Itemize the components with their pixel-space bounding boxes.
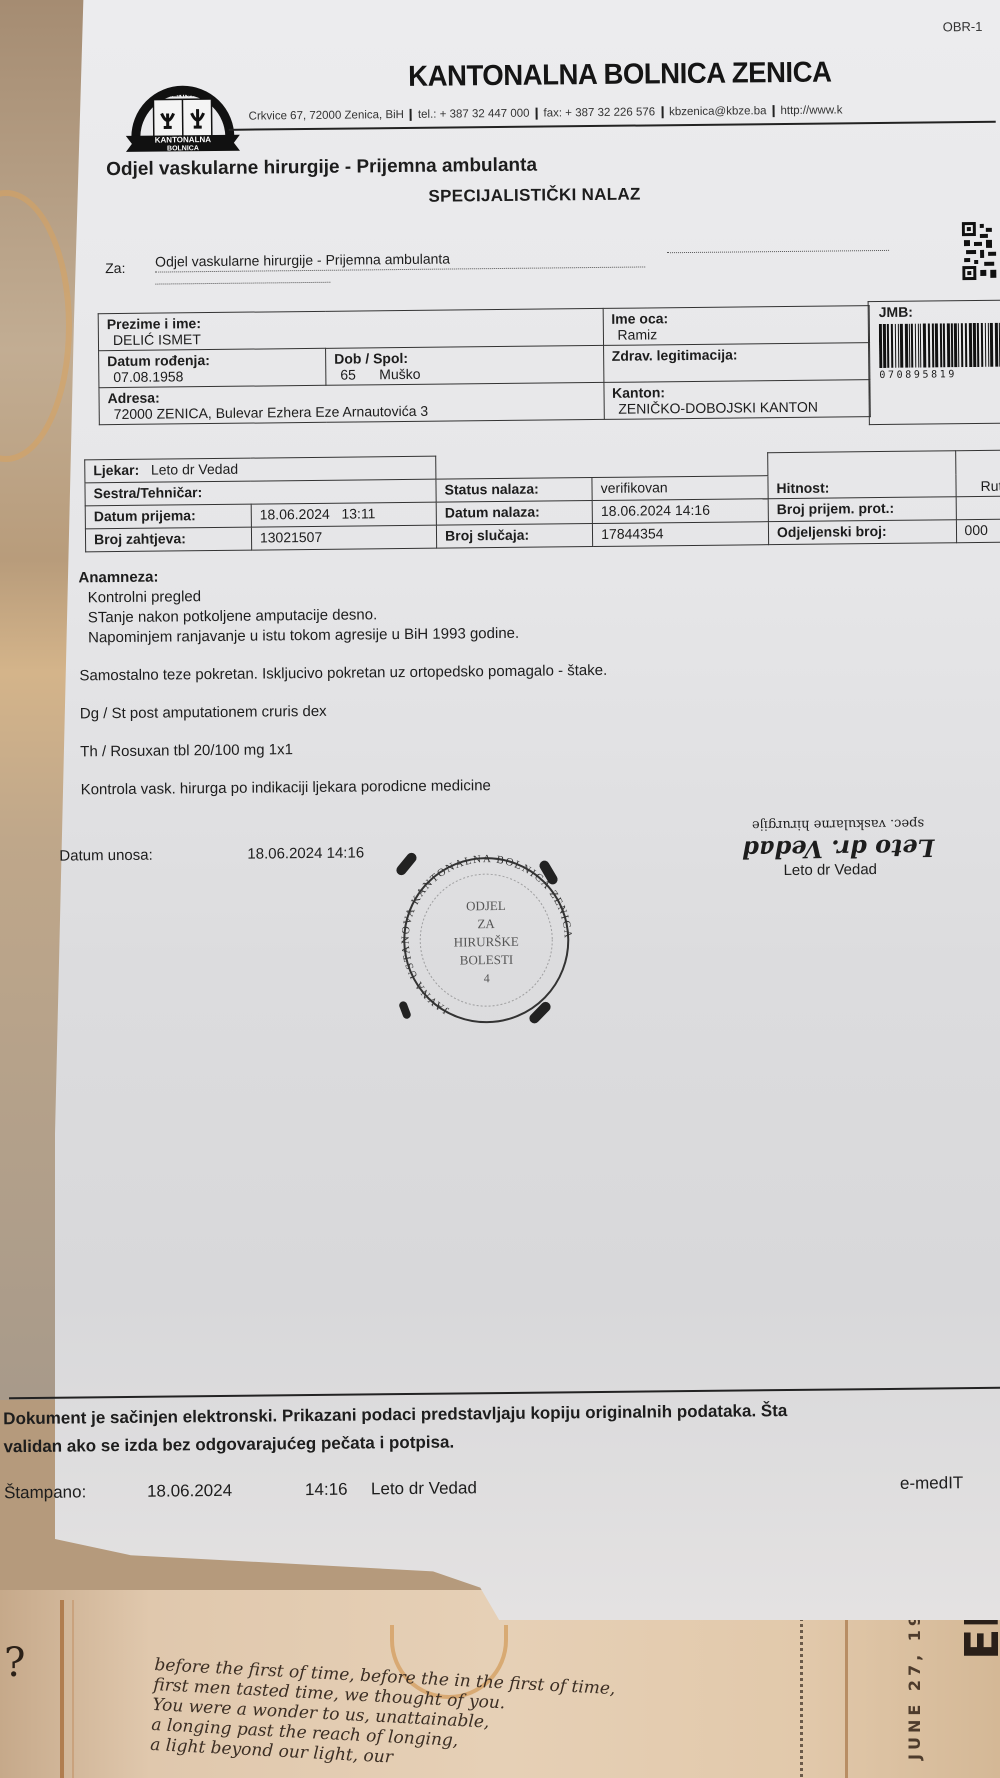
recipient-label: Za: (105, 260, 125, 276)
doctor-value: Leto dr Vedad (151, 461, 238, 478)
contact-fax: fax: + 387 32 226 576 (535, 106, 661, 119)
printed-by: Leto dr Vedad (371, 1478, 477, 1499)
contact-email: kbzenica@kbze.ba (661, 105, 772, 118)
system-name: e-medIT (900, 1473, 964, 1494)
recipient-dotted-line (667, 250, 889, 253)
document-title: SPECIJALISTIČKI NALAZ (428, 185, 640, 207)
svg-text:4: 4 (484, 971, 490, 985)
svg-text:ODJEL: ODJEL (466, 898, 506, 913)
printed-time: 14:16 (305, 1479, 371, 1500)
entry-date-label: Datum unosa: (59, 847, 153, 865)
age-value: 65 (340, 367, 356, 383)
department-stamp-icon: JAVNA USTANOVA KANTONALNA BOLNICA ZENICA… (393, 849, 580, 1031)
medical-report: OBR-1 ZENICA KANTONALNA BOLNICA KANTONAL… (0, 0, 1000, 1778)
barcode-icon (879, 323, 1000, 368)
insurance-cell: Zdrav. legitimacija: (603, 343, 870, 383)
canton-cell: Kanton: ZENIČKO-DOBOJSKI KANTON (604, 380, 871, 420)
patient-info-table: Prezime i ime: DELIĆ ISMET Ime oca: Rami… (98, 305, 871, 425)
age-sex-value: 65 Muško (334, 364, 595, 383)
entry-date-value: 18.06.2024 14:16 (247, 844, 364, 862)
footer-divider (9, 1387, 1000, 1399)
sex-value: Muško (379, 366, 420, 382)
report-date-label: Datum nalaza: (436, 501, 592, 526)
svg-text:HIRURŠKE: HIRURŠKE (454, 934, 519, 950)
age-sex-cell: Dob / Spol: 65 Muško (326, 345, 604, 385)
patient-name-cell: Prezime i ime: DELIĆ ISMET (98, 308, 603, 350)
urgency-label: Hitnost: (768, 451, 956, 499)
electronic-document-note: Dokument je sačinjen elektronski. Prikaz… (3, 1397, 788, 1461)
canton-value: ZENIČKO-DOBOJSKI KANTON (612, 398, 862, 417)
jmb-label: JMB: (879, 304, 913, 320)
address-cell: Adresa: 72000 ZENICA, Bulevar Ezhera Eze… (99, 382, 604, 424)
contact-website: http://www.k (772, 104, 848, 117)
department-name: Odjel vaskularne hirurgije - Prijemna am… (106, 155, 537, 182)
father-name-cell: Ime oca: Ramiz (603, 306, 870, 346)
jmb-box: JMB: 070895819 (868, 300, 1000, 425)
contact-info: Crkvice 67, 72000 Zenica, BiH tel.: + 38… (249, 104, 849, 122)
case-info-table: Ljekar: Leto dr Vedad Hitnost: Ruti Sest… (84, 450, 1000, 553)
status-label: Status nalaza: (436, 478, 592, 503)
svg-text:KANTONALNA: KANTONALNA (155, 135, 212, 145)
urgency-value: Ruti (955, 450, 1000, 497)
protocol-value (956, 496, 1000, 520)
request-no-label: Broj zahtjeva: (85, 527, 251, 552)
report-body: Anamneza: Kontrolni pregled STanje nakon… (78, 563, 608, 801)
status-value: verifikovan (592, 476, 768, 501)
doctor-signature: spec. vaskularne hirurgije Leto dr. Veda… (723, 815, 954, 879)
dob-cell: Datum rođenja: 07.08.1958 (99, 348, 326, 387)
ward-no-label: Odjeljenski broj: (768, 520, 956, 545)
name-stamp: Leto dr. Vedad (723, 833, 953, 864)
recipient-dotted-line (155, 282, 330, 285)
admission-date-label: Datum prijema: (85, 504, 251, 529)
recipient-value: Odjel vaskularne hirurgije - Prijemna am… (155, 248, 645, 272)
case-no-label: Broj slučaja: (436, 524, 592, 549)
admission-date-value: 18.06.2024 13:11 (251, 502, 436, 527)
form-code: OBR-1 (943, 19, 983, 34)
svg-text:ZENICA: ZENICA (167, 89, 197, 98)
printed-label: Štampano: (4, 1482, 147, 1503)
header-divider (229, 121, 996, 131)
qr-code-icon (962, 221, 1000, 283)
dob-value: 07.08.1958 (107, 367, 317, 385)
father-name: Ramiz (611, 324, 861, 343)
svg-text:BOLESTI: BOLESTI (460, 952, 514, 968)
svg-text:BOLNICA: BOLNICA (167, 145, 199, 152)
hospital-logo-icon: ZENICA KANTONALNA BOLNICA (123, 79, 242, 156)
specialty-stamp: spec. vaskularne hirurgije (723, 815, 953, 832)
contact-phone: tel.: + 387 32 447 000 (410, 108, 536, 121)
case-no-value: 17844354 (593, 522, 769, 547)
insurance-label: Zdrav. legitimacija: (612, 345, 862, 364)
follow-up: Kontrola vask. hirurga po indikaciji lje… (81, 775, 609, 801)
doctor-label: Ljekar: (93, 462, 139, 478)
ward-no-value: 000 (956, 519, 1000, 543)
protocol-label: Broj prijem. prot.: (768, 497, 956, 522)
request-no-value: 13021507 (251, 525, 436, 550)
report-date-value: 18.06.2024 14:16 (592, 499, 768, 524)
hospital-name: KANTONALNA BOLNICA ZENICA (408, 57, 832, 94)
barcode-digits: 070895819 (879, 369, 957, 381)
print-info: Štampano: 18.06.2024 14:16 Leto dr Vedad (4, 1478, 477, 1503)
contact-address: Crkvice 67, 72000 Zenica, BiH (249, 109, 410, 123)
printed-date: 18.06.2024 (147, 1480, 305, 1502)
svg-text:ZA: ZA (477, 916, 495, 931)
